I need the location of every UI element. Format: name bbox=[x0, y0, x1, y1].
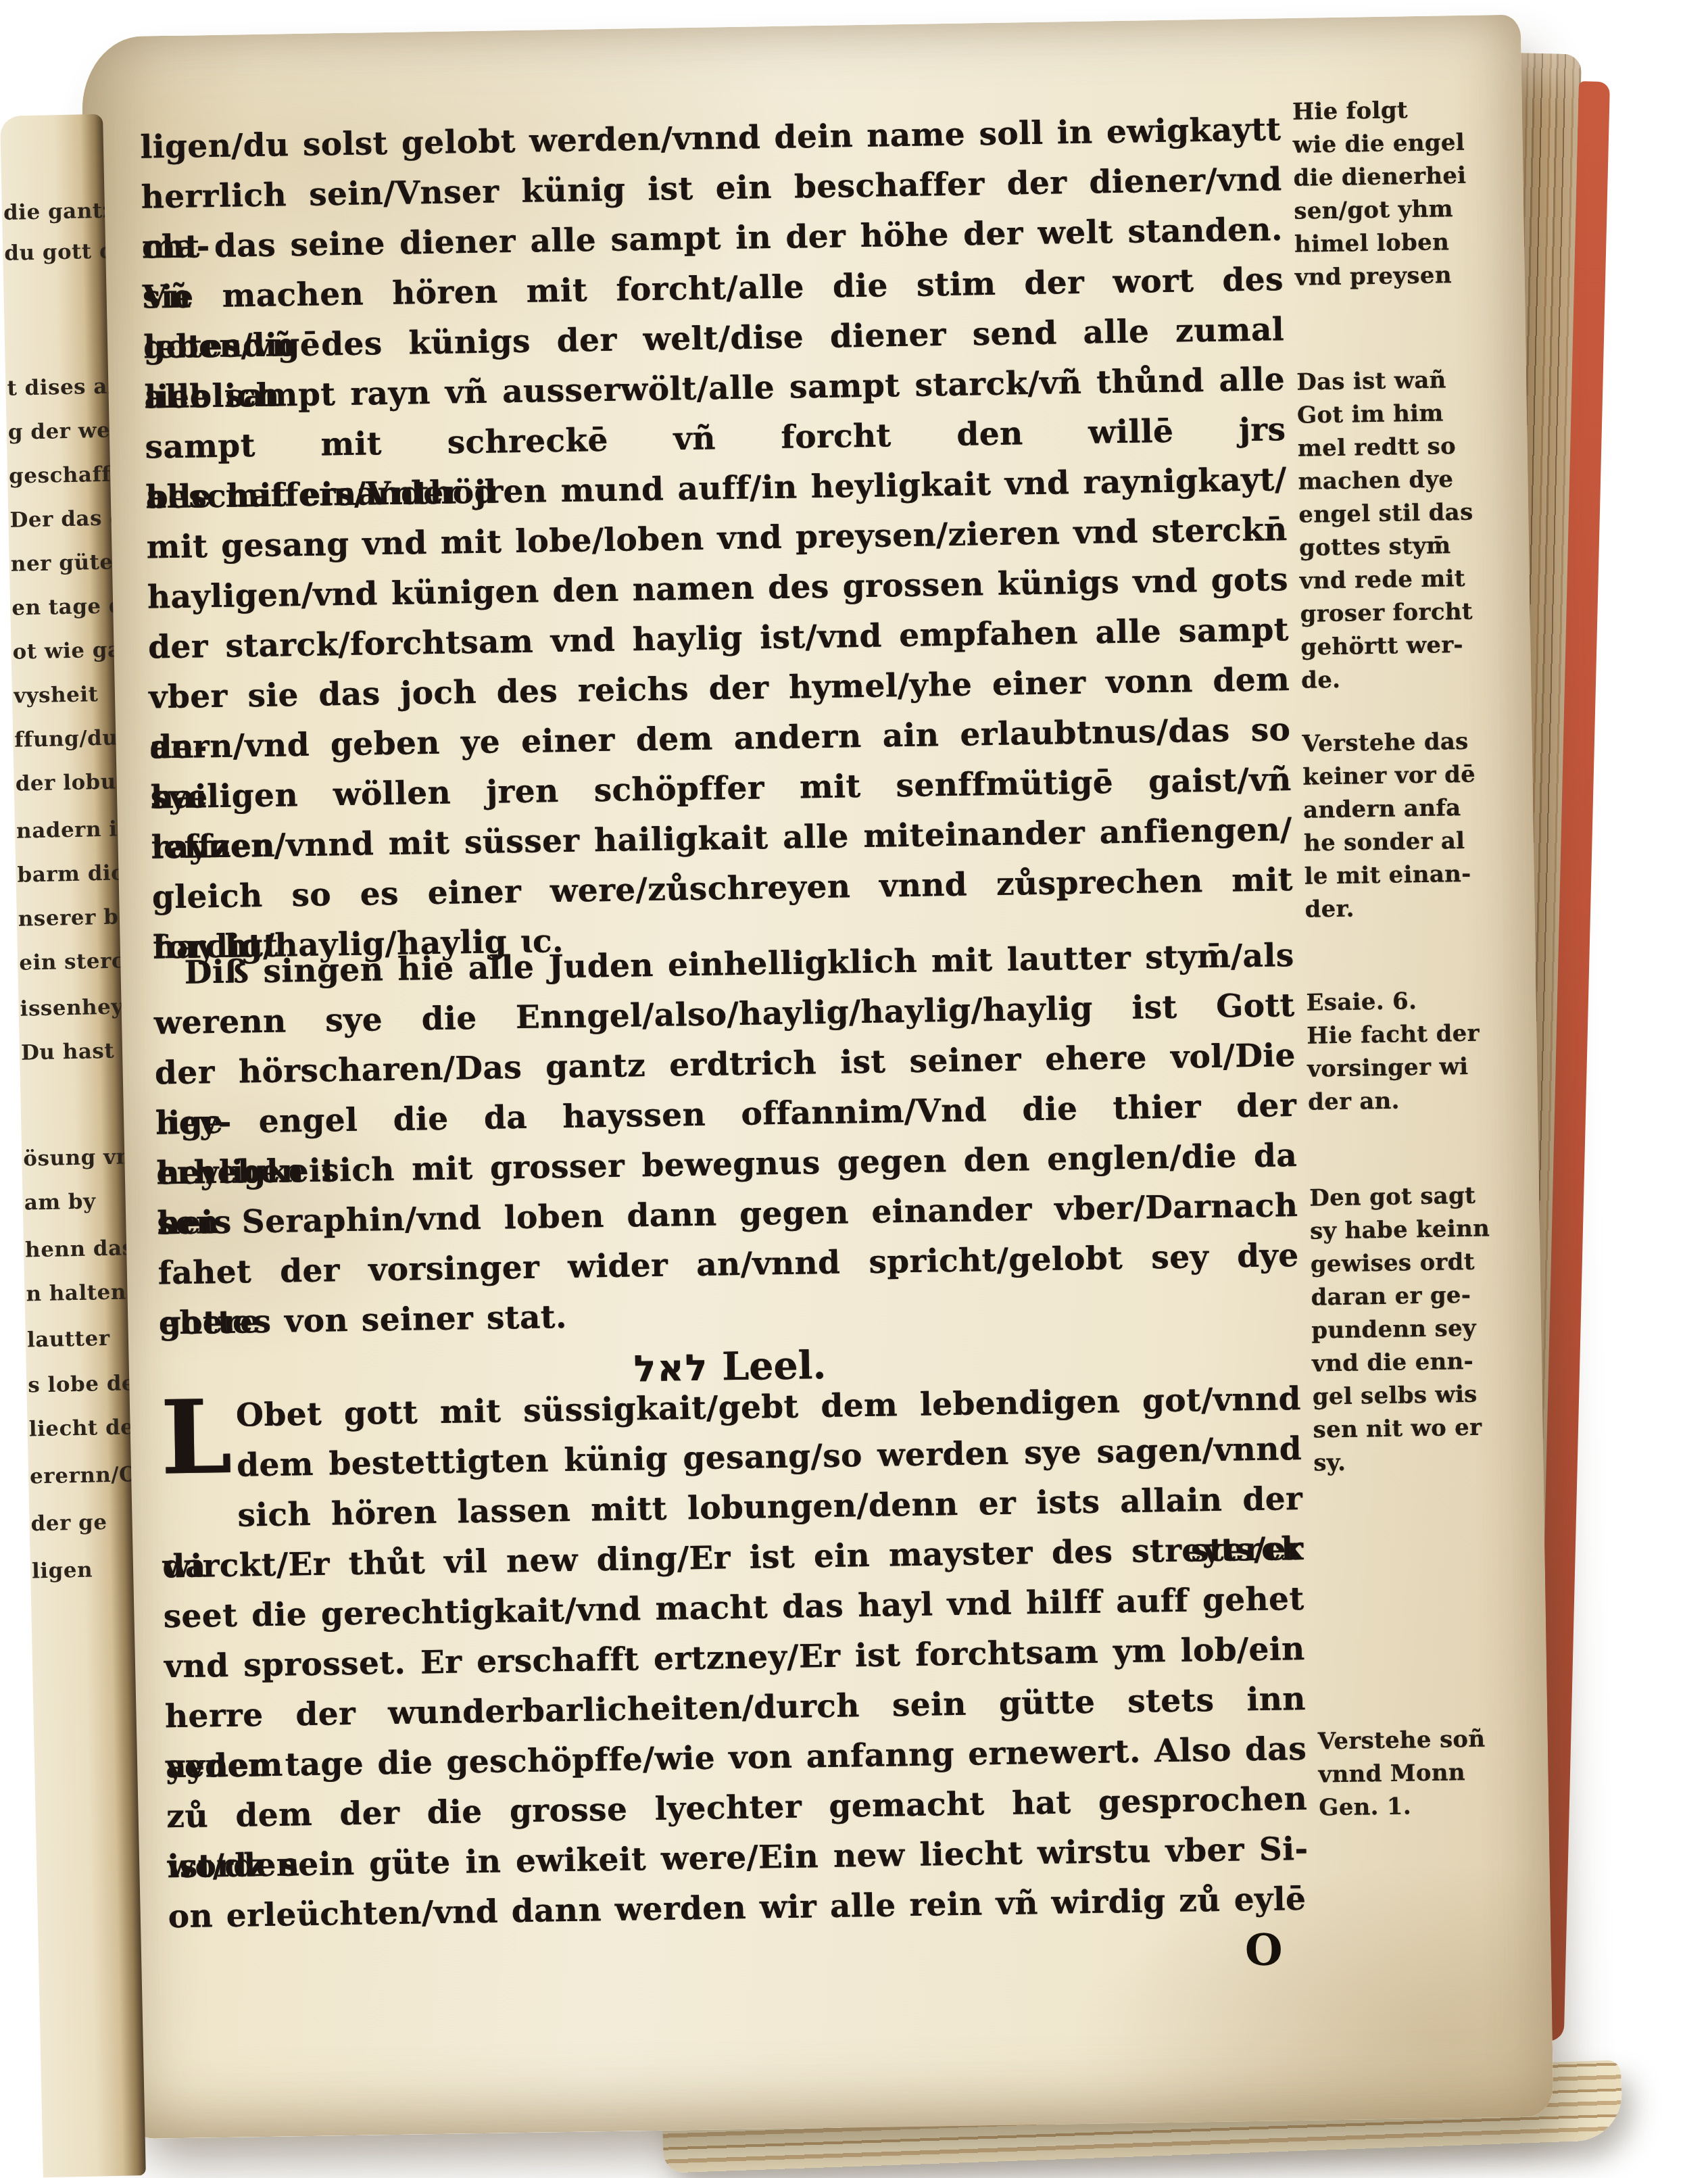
paragraph-3-lines: Obet gott mit süssigkait/gebt dem lebend… bbox=[160, 1374, 1309, 1942]
margin-note-line: gel selbs wis bbox=[1312, 1377, 1576, 1414]
main-text-block: ligen/du solst gelobt werden/vnnd dein n… bbox=[140, 105, 1281, 123]
left-page-text-fragment: nserer be bbox=[18, 905, 120, 931]
margin-note-line: vnnd Monn bbox=[1318, 1754, 1582, 1791]
margin-note-line: himel loben bbox=[1294, 224, 1559, 262]
left-page-text-fragment: ot wie ga bbox=[12, 638, 114, 664]
margin-note-line: pundenn sey bbox=[1311, 1311, 1576, 1348]
paragraph-3: L Obet gott mit süssigkait/gebt dem lebe… bbox=[160, 1374, 1309, 1942]
left-page-text-fragment: issenheyt bbox=[20, 995, 122, 1021]
left-page-text-fragment: vysheit bbox=[14, 682, 116, 708]
margin-note-line: Verstehe soñ bbox=[1317, 1721, 1582, 1758]
left-page-text-fragment: lautter bbox=[27, 1326, 129, 1352]
left-page-text-fragment: ligen bbox=[32, 1557, 134, 1583]
margin-note-line: sy. bbox=[1313, 1443, 1578, 1480]
margin-note-line: engel stil das bbox=[1298, 495, 1563, 532]
margin-note-line: gottes stym̄ bbox=[1299, 528, 1563, 565]
margin-note: Den got sagtsy habe keinngewises ordtdar… bbox=[1309, 1178, 1578, 1480]
margin-notes-column: Hie folgtwie die engeldie dienerheisen/g… bbox=[1291, 14, 1587, 2080]
left-page-text-fragment: erernn/O bbox=[30, 1462, 132, 1489]
margin-note-line: andern anfa bbox=[1303, 790, 1567, 827]
margin-note-line: Verstehe das bbox=[1302, 724, 1566, 761]
left-page-text-fragment: der ge bbox=[30, 1509, 132, 1536]
margin-note-line: vnd rede mit bbox=[1299, 561, 1563, 598]
margin-note-line: gewises ordt bbox=[1310, 1244, 1574, 1282]
margin-note-line: he sonder al bbox=[1304, 823, 1568, 861]
margin-note-line: wie die engel bbox=[1292, 125, 1557, 162]
left-page-text-fragment: die gantz g bbox=[3, 199, 105, 225]
margin-note: Verstehe daskeiner vor dēandern anfahe s… bbox=[1302, 724, 1569, 927]
book-page: ligen/du solst gelobt werden/vnnd dein n… bbox=[81, 15, 1554, 2139]
margin-note-line: mel redtt so bbox=[1297, 429, 1561, 466]
left-page-text-fragment: geschaffen bbox=[9, 462, 111, 489]
paragraph-2: Diß singen hie alle Juden einhelligklich… bbox=[153, 931, 1300, 1349]
margin-note-line: der an. bbox=[1308, 1082, 1572, 1119]
left-page-text-fragment: n halten bbox=[26, 1280, 128, 1306]
margin-note-line: Gen. 1. bbox=[1319, 1787, 1583, 1824]
left-page-text-fragment: g der welt/ bbox=[7, 418, 109, 445]
left-page-text-fragment: am by bbox=[24, 1188, 126, 1215]
left-page-text-fragment: en tage da bbox=[11, 594, 114, 621]
paragraph-1: ligen/du solst gelobt werden/vnnd dein n… bbox=[140, 105, 1294, 973]
left-page-text-fragment: liecht der bbox=[28, 1415, 130, 1441]
margin-note: Verstehe soñvnnd MonnGen. 1. bbox=[1317, 1721, 1582, 1824]
margin-note-line: machen dye bbox=[1298, 462, 1562, 499]
left-page-text-fragment: barm dich bbox=[17, 861, 119, 888]
margin-note: Das ist wañGot im himmel redtt somachen … bbox=[1296, 362, 1565, 698]
left-page-text-fragment: henn das bbox=[25, 1236, 127, 1262]
margin-note-line: vorsinger wi bbox=[1307, 1049, 1571, 1086]
left-page-text-fragment: ner güte vi bbox=[11, 550, 113, 577]
left-page-text-fragment: s lobe der bbox=[28, 1371, 130, 1397]
margin-note-line: vnd die enn- bbox=[1312, 1344, 1576, 1381]
left-page-text-fragment: ösung vnn bbox=[23, 1144, 125, 1171]
margin-note-line: sen nit wo er bbox=[1313, 1410, 1577, 1447]
margin-note-line: keiner vor dē bbox=[1302, 757, 1567, 794]
left-page-text-fragment: ein sterck bbox=[19, 949, 121, 975]
margin-note-line: der. bbox=[1304, 890, 1569, 927]
left-page-text-fragment: der lobun bbox=[15, 770, 117, 796]
margin-note-line: die dienerhei bbox=[1293, 158, 1557, 195]
margin-note-line: daran er ge- bbox=[1311, 1278, 1575, 1315]
margin-note-line: Got im him bbox=[1297, 395, 1561, 433]
margin-note-line: gehörtt wer- bbox=[1300, 627, 1565, 664]
margin-note-line: groser forcht bbox=[1300, 594, 1564, 631]
margin-note-line: le mit einan- bbox=[1304, 856, 1568, 894]
margin-note-line: Den got sagt bbox=[1309, 1178, 1573, 1215]
margin-note: Hie folgtwie die engeldie dienerheisen/g… bbox=[1292, 92, 1559, 295]
signature-mark: O bbox=[1209, 1925, 1318, 1977]
left-page-text-fragment: Der das er bbox=[9, 506, 112, 533]
margin-note-line: Hie folgt bbox=[1292, 92, 1557, 129]
margin-note-line: de. bbox=[1301, 660, 1565, 698]
margin-note-line: vnd preysen bbox=[1294, 258, 1559, 295]
left-page-text-fragment: t dises alle bbox=[7, 374, 109, 401]
left-page-text-fragment: ffung/du bbox=[14, 726, 116, 752]
margin-note-line: Esaie. 6. bbox=[1306, 983, 1570, 1020]
margin-note: Esaie. 6.Hie facht dervorsinger wider an… bbox=[1306, 983, 1571, 1119]
margin-note-line: Das ist wañ bbox=[1296, 362, 1561, 400]
margin-note-line: Hie facht der bbox=[1307, 1016, 1571, 1053]
margin-note-line: sy habe keinn bbox=[1310, 1211, 1574, 1249]
left-page-text-fragment: du gott de bbox=[4, 239, 106, 266]
left-page-text-fragment: Du hast bbox=[21, 1039, 123, 1065]
drop-cap-initial: L bbox=[160, 1394, 226, 1495]
left-page-text-fragment: nadern ist bbox=[16, 817, 118, 844]
margin-note-line: sen/got yhm bbox=[1294, 191, 1558, 228]
